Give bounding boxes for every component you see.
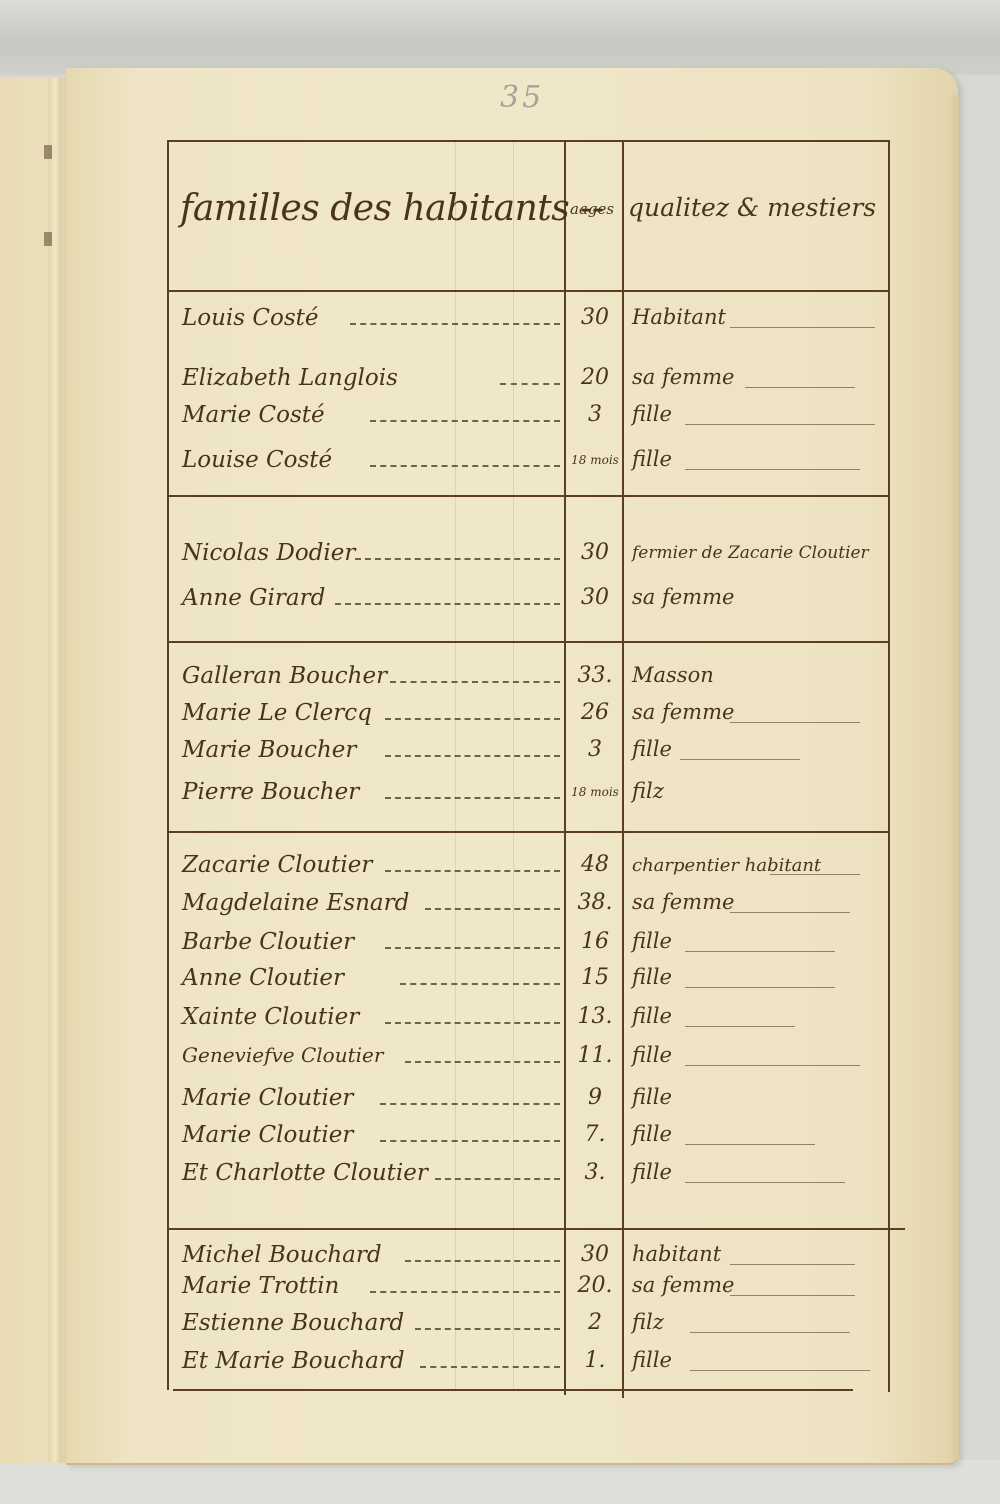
person-name: Zacarie Cloutier	[182, 852, 372, 878]
table-row: Anne Cloutier 15 fille	[170, 965, 890, 1001]
person-quality: charpentier habitant	[632, 855, 821, 876]
flourish-line	[730, 327, 875, 328]
table-row: Marie Boucher 3 fille	[170, 737, 890, 773]
person-quality: fille	[632, 965, 672, 989]
person-age: 30	[570, 1242, 620, 1267]
person-name: Anne Cloutier	[182, 965, 344, 991]
person-name: Barbe Cloutier	[182, 929, 354, 955]
person-age: 18 mois	[570, 453, 620, 467]
person-age: 3.	[570, 1160, 620, 1185]
person-name: Xainte Cloutier	[182, 1004, 359, 1030]
person-quality: fermier de Zacarie Cloutier	[632, 543, 869, 563]
leader-dots	[435, 1168, 560, 1180]
flourish-line	[685, 1065, 860, 1066]
person-quality: fille	[632, 1122, 672, 1146]
page-number: 35	[500, 80, 544, 115]
header-divider	[167, 290, 889, 292]
person-age: 30	[570, 305, 620, 330]
flourish-line	[690, 1370, 870, 1371]
person-quality: sa femme	[632, 585, 734, 609]
flourish-line	[730, 1264, 855, 1265]
leader-dots	[420, 1356, 560, 1368]
person-age: 33.	[570, 663, 620, 688]
person-name: Nicolas Dodier	[182, 540, 355, 566]
person-quality: fille	[632, 929, 672, 953]
flourish-line	[685, 1182, 845, 1183]
table-top-border	[167, 140, 889, 142]
person-name: Marie Trottin	[182, 1273, 339, 1299]
person-quality: sa femme	[632, 365, 734, 389]
person-name: Marie Le Clercq	[182, 700, 372, 726]
leader-dots	[355, 548, 560, 560]
leader-dots	[335, 593, 560, 605]
person-quality: filz	[632, 779, 664, 803]
table-row: Marie Cloutier 9 fille	[170, 1085, 890, 1121]
header-families: familles des habitants --	[180, 188, 604, 229]
person-quality: fille	[632, 1160, 672, 1184]
leader-dots	[385, 745, 560, 757]
leader-dots	[425, 898, 560, 910]
table-bottom-border	[173, 1389, 853, 1391]
leader-dots	[385, 1012, 560, 1024]
person-name: Elizabeth Langlois	[182, 365, 398, 391]
leader-dots	[400, 973, 560, 985]
person-name: Geneviefve Cloutier	[182, 1043, 383, 1067]
table-row: Galleran Boucher 33. Masson	[170, 663, 890, 699]
person-age: 2	[570, 1310, 620, 1335]
person-quality: fille	[632, 1085, 672, 1109]
binding-stitch	[44, 145, 52, 159]
flourish-line	[685, 1026, 795, 1027]
family-divider	[167, 495, 889, 497]
flourish-line	[685, 1144, 815, 1145]
person-quality: fille	[632, 447, 672, 471]
person-name: Galleran Boucher	[182, 663, 387, 689]
table-row: Geneviefve Cloutier 11. fille	[170, 1043, 890, 1079]
person-age: 3	[570, 737, 620, 762]
leader-dots	[385, 787, 560, 799]
flourish-line	[730, 1295, 855, 1296]
table-row: Et Marie Bouchard 1. fille	[170, 1348, 890, 1384]
background-bottom	[0, 1460, 1000, 1504]
person-quality: filz	[632, 1310, 664, 1334]
person-age: 9	[570, 1085, 620, 1110]
person-age: 20.	[570, 1273, 620, 1298]
table-row: Et Charlotte Cloutier 3. fille	[170, 1160, 890, 1196]
person-age: 15	[570, 965, 620, 990]
person-quality: fille	[632, 1043, 672, 1067]
leader-dots	[405, 1250, 560, 1262]
leader-dots	[370, 455, 560, 467]
table-row: Marie Cloutier 7. fille	[170, 1122, 890, 1158]
flourish-line	[685, 469, 860, 470]
book-gutter	[48, 78, 62, 1463]
person-age: 1.	[570, 1348, 620, 1373]
table-row: Louis Costé 30 Habitant	[170, 305, 890, 341]
leader-dots	[370, 410, 560, 422]
family-divider	[167, 831, 889, 833]
leader-dots	[390, 671, 560, 683]
header-age: aages	[570, 200, 614, 218]
flourish-line	[730, 912, 850, 913]
table-row: Pierre Boucher 18 mois filz	[170, 779, 890, 815]
header-quality: qualitez & mestiers	[628, 193, 876, 222]
binding-stitch	[44, 232, 52, 246]
person-age: 30	[570, 585, 620, 610]
table-row: Estienne Bouchard 2 filz	[170, 1310, 890, 1346]
person-name: Louis Costé	[182, 305, 319, 331]
leader-dots	[380, 1093, 560, 1105]
person-quality: fille	[632, 1348, 672, 1372]
person-age: 30	[570, 540, 620, 565]
person-quality: habitant	[632, 1242, 721, 1266]
table-row: Marie Le Clercq 26 sa femme	[170, 700, 890, 736]
leader-dots	[385, 860, 560, 872]
person-age: 26	[570, 700, 620, 725]
flourish-line	[680, 759, 800, 760]
leader-dots	[415, 1318, 560, 1330]
person-age: 48	[570, 852, 620, 877]
table-row: Anne Girard 30 sa femme	[170, 585, 890, 621]
leader-dots	[380, 1130, 560, 1142]
person-quality: fille	[632, 737, 672, 761]
flourish-line	[685, 424, 875, 425]
person-name: Marie Costé	[182, 402, 325, 428]
flourish-line	[730, 722, 860, 723]
leader-dots	[405, 1051, 560, 1063]
flourish-line	[745, 387, 855, 388]
person-name: Anne Girard	[182, 585, 325, 611]
person-name: Magdelaine Esnard	[182, 890, 409, 916]
table-left-border	[167, 140, 169, 1390]
person-quality: fille	[632, 1004, 672, 1028]
page-edge-stack	[945, 95, 959, 1460]
table-row: Elizabeth Langlois 20 sa femme	[170, 365, 890, 401]
person-age: 13.	[570, 1004, 620, 1029]
table-row: Barbe Cloutier 16 fille	[170, 929, 890, 965]
table-row: Zacarie Cloutier 48 charpentier habitant	[170, 852, 890, 888]
person-name: Marie Cloutier	[182, 1122, 353, 1148]
person-age: 16	[570, 929, 620, 954]
leader-dots	[385, 708, 560, 720]
flourish-line	[685, 987, 835, 988]
leader-dots	[500, 373, 560, 385]
flourish-line	[690, 1332, 850, 1333]
table-row: Marie Trottin 20. sa femme	[170, 1273, 890, 1309]
flourish-line	[685, 951, 835, 952]
person-quality: Masson	[632, 663, 714, 687]
table-row: Marie Costé 3 fille	[170, 402, 890, 438]
person-age: 3	[570, 402, 620, 427]
person-name: Marie Boucher	[182, 737, 356, 763]
person-quality: Habitant	[632, 305, 726, 329]
flourish-line	[770, 874, 860, 875]
person-name: Estienne Bouchard	[182, 1310, 404, 1336]
leader-dots	[350, 313, 560, 325]
table-row: Louise Costé 18 mois fille	[170, 447, 890, 483]
person-name: Et Marie Bouchard	[182, 1348, 405, 1374]
person-name: Pierre Boucher	[182, 779, 359, 805]
person-age: 38.	[570, 890, 620, 915]
person-quality: sa femme	[632, 890, 734, 914]
person-quality: sa femme	[632, 1273, 734, 1297]
leader-dots	[385, 937, 560, 949]
person-age: 7.	[570, 1122, 620, 1147]
person-age: 18 mois	[570, 785, 620, 799]
person-name: Marie Cloutier	[182, 1085, 353, 1111]
person-name: Michel Bouchard	[182, 1242, 382, 1268]
table-row: Xainte Cloutier 13. fille	[170, 1004, 890, 1040]
person-name: Louise Costé	[182, 447, 332, 473]
person-quality: fille	[632, 402, 672, 426]
family-divider	[167, 641, 889, 643]
table-row: Nicolas Dodier 30 fermier de Zacarie Clo…	[170, 540, 890, 576]
leader-dots	[370, 1281, 560, 1293]
person-name: Et Charlotte Cloutier	[182, 1160, 428, 1186]
background-top	[0, 0, 1000, 75]
person-age: 20	[570, 365, 620, 390]
family-divider	[167, 1228, 905, 1230]
table-row: Magdelaine Esnard 38. sa femme	[170, 890, 890, 926]
person-age: 11.	[570, 1043, 620, 1068]
person-quality: sa femme	[632, 700, 734, 724]
